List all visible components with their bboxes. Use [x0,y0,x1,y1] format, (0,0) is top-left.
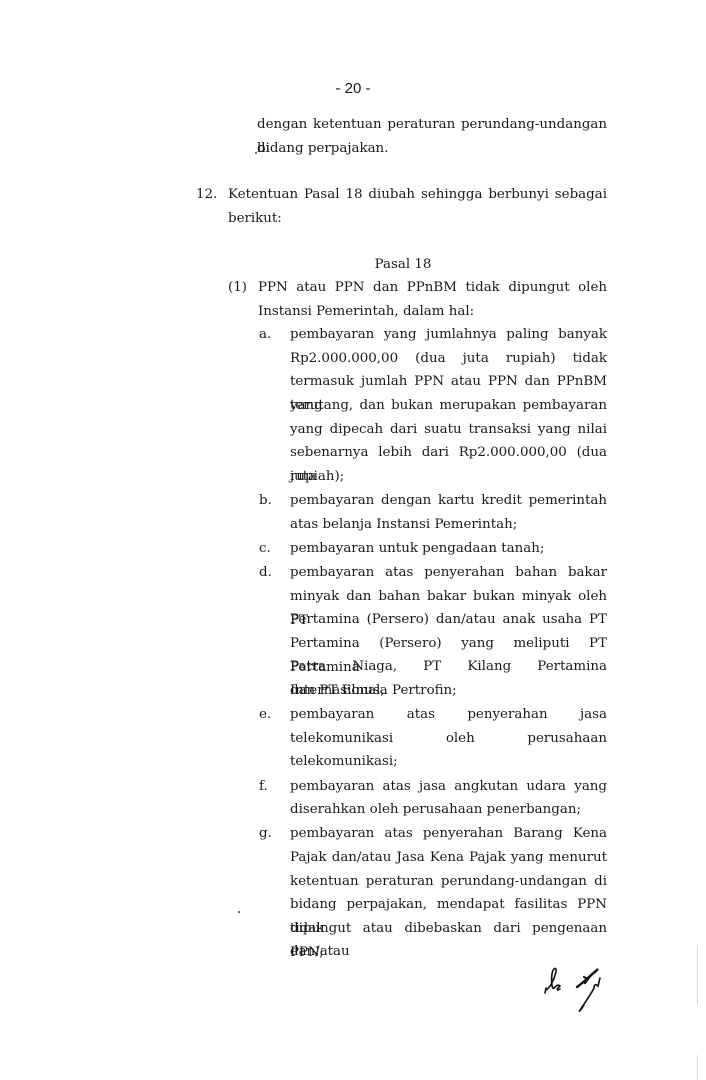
point-label: d. [259,561,272,585]
item-number: 12. [196,183,217,207]
page-number: - 20 - [0,80,706,97]
paragraph-text-line: Instansi Pemerintah, dalam hal: [258,300,474,324]
point-text-line: diserahkan oleh perusahaan penerbangan; [290,798,581,822]
point-label: a. [259,323,271,347]
point-label: g. [259,822,272,846]
point-text-line: pembayaran atas penyerahan Barang Kena [290,822,607,846]
point-label: e. [259,703,271,727]
point-label: c. [259,537,271,561]
point-text-line: Rp2.000.000,00 (dua juta rupiah) tidak [290,347,607,371]
handwritten-initials-icon [540,960,620,1030]
point-text-line: pembayaran atas penyerahan jasa [290,703,607,727]
scan-speck [238,911,240,913]
point-text-line: pembayaran untuk pengadaan tanah; [290,537,544,561]
point-text-line: terutang, dan bukan merupakan pembayaran [290,394,607,418]
paragraph-number: (1) [228,276,247,300]
scan-speck [255,152,257,154]
point-text-line: pembayaran dengan kartu kredit pemerinta… [290,489,607,513]
point-text-line: telekomunikasi; [290,750,398,774]
point-text-line: pembayaran yang jumlahnya paling banyak [290,323,607,347]
point-label: f. [259,775,268,799]
point-text-line: Pajak dan/atau Jasa Kena Pajak yang menu… [290,846,607,870]
item-text-line: berikut: [228,207,282,231]
point-text-line: telekomunikasi oleh perusahaan [290,727,607,751]
point-text-line: pembayaran atas jasa angkutan udara yang [290,775,607,799]
point-text-line: Pertamina (Persero) dan/atau anak usaha … [290,608,607,632]
point-label: b. [259,489,272,513]
scan-edge-line [697,1055,698,1080]
point-text-line: dan/atau [290,940,350,964]
point-text-line: pembayaran atas penyerahan bahan bakar [290,561,607,585]
paragraph-text-line: PPN atau PPN dan PPnBM tidak dipungut ol… [258,276,607,300]
point-text-line: dan PT Elnusa Pertrofin; [290,679,457,703]
item-text-line: Ketentuan Pasal 18 diubah sehingga berbu… [228,183,607,207]
point-text-line: yang dipecah dari suatu transaksi yang n… [290,418,607,442]
point-text-line: ketentuan peraturan perundang-undangan d… [290,870,607,894]
continuation-text-line: bidang perpajakan. [257,137,388,161]
point-text-line: atas belanja Instansi Pemerintah; [290,513,517,537]
scan-edge-line [697,945,698,1005]
article-heading: Pasal 18 [0,253,706,277]
point-text-line: rupiah); [290,465,344,489]
